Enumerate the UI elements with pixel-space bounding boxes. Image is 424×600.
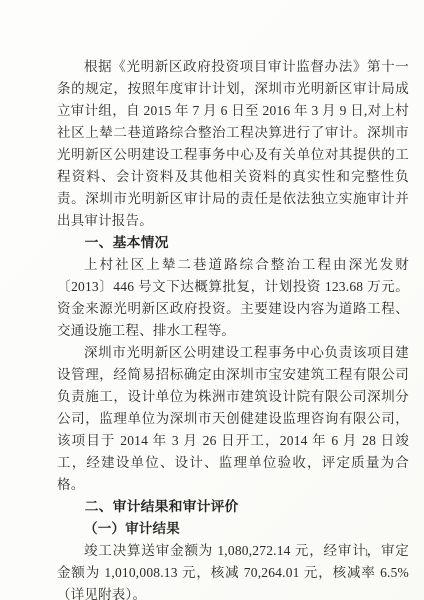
scanned-document-page: 根据《光明新区政府投资项目审计监督办法》第十一条的规定，按照年度审计计划，深圳市… bbox=[0, 0, 424, 600]
paragraph-project-approval: 上村社区上辇二巷道路综合整治工程由深光发财〔2013〕446 号文下达概算批复，… bbox=[57, 254, 409, 342]
paragraph-audit-amounts: 竣工决算送审金额为 1,080,272.14 元，经审计，审定金额为 1,010… bbox=[57, 540, 409, 600]
section-heading-basic-situation: 一、基本情况 bbox=[57, 232, 409, 254]
subsection-heading-audit-result: （一）审计结果 bbox=[57, 518, 409, 540]
paragraph-project-parties: 深圳市光明新区公明建设工程事务中心负责该项目建设管理，经简易招标确定由深圳市宝安… bbox=[57, 342, 409, 496]
section-heading-audit-results: 二、审计结果和审计评价 bbox=[57, 496, 409, 518]
page-number: 1 bbox=[364, 548, 369, 559]
paragraph-audit-basis: 根据《光明新区政府投资项目审计监督办法》第十一条的规定，按照年度审计计划，深圳市… bbox=[57, 56, 409, 232]
document-body: 根据《光明新区政府投资项目审计监督办法》第十一条的规定，按照年度审计计划，深圳市… bbox=[57, 56, 409, 600]
